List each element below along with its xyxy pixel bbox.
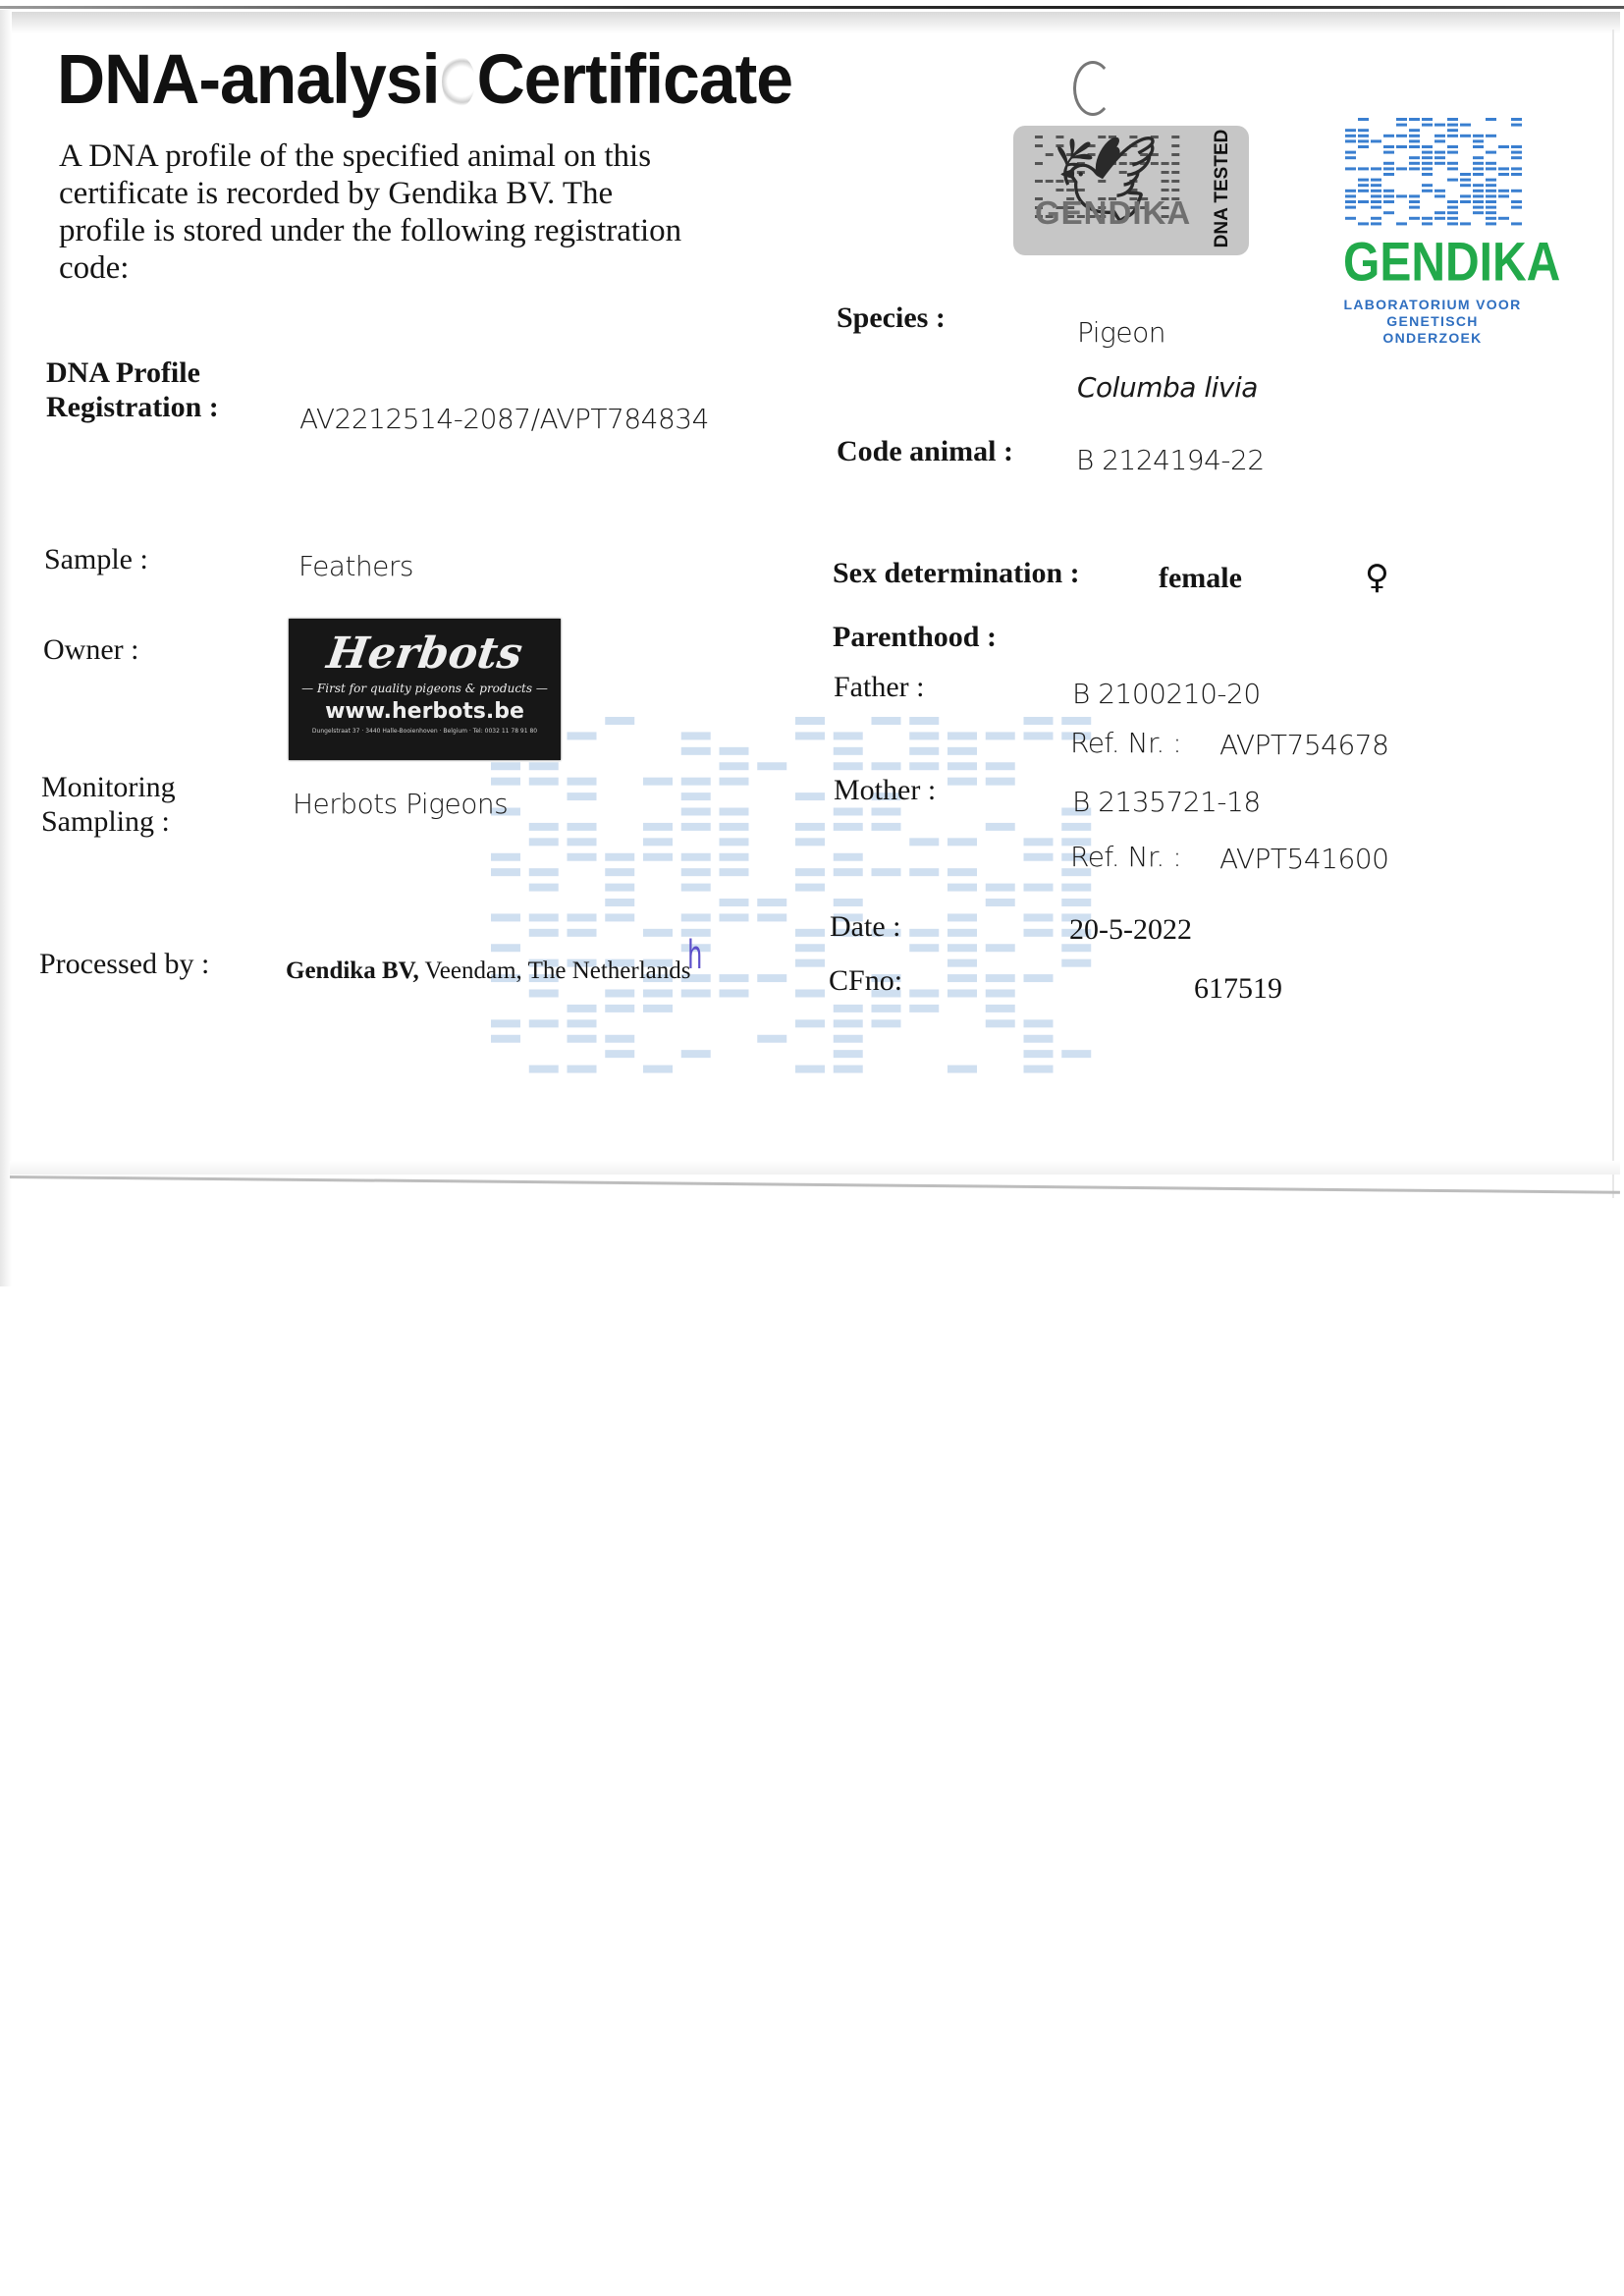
cfno-value: 617519 (1194, 972, 1282, 1006)
punch-hole (442, 56, 475, 107)
monitoring-label-1: Monitoring (41, 771, 176, 804)
dna-profile-label-1: DNA Profile (46, 356, 200, 390)
father-label: Father : (834, 671, 924, 704)
card-bottom-edge (10, 1175, 1620, 1194)
mother-ref-value: AVPT541600 (1219, 843, 1388, 875)
processed-label: Processed by : (39, 948, 209, 981)
sex-value: female (1159, 562, 1242, 595)
certificate-title: DNA-analysiCertificate (57, 39, 792, 120)
gendika-subtitle: LABORATORIUM VOORGENETISCH ONDERZOEK (1343, 297, 1522, 347)
code-animal-label: Code animal : (837, 435, 1013, 468)
monitoring-value: Herbots Pigeons (293, 788, 508, 820)
parenthood-label: Parenthood : (833, 621, 997, 654)
dna-profile-label-2: Registration : (46, 391, 219, 424)
owner-tagline: — First for quality pigeons & products — (289, 682, 561, 695)
mother-value: B 2135721-18 (1072, 786, 1261, 818)
mother-ref-label: Ref. Nr. : (1070, 841, 1181, 873)
sample-value: Feathers (298, 550, 413, 582)
sample-label: Sample : (44, 543, 148, 576)
card-bottom-shade (10, 1161, 1620, 1175)
gendika-logo-icon (1345, 118, 1524, 228)
intro-text: A DNA profile of the specified animal on… (59, 137, 697, 287)
dna-tested-sticker: 🕊︎ GENDIKA DNA TESTED (1013, 126, 1249, 255)
species-common: Pigeon (1077, 316, 1165, 349)
female-symbol-icon: ♀ (1365, 558, 1389, 597)
father-ref-value: AVPT754678 (1219, 729, 1388, 761)
owner-address: Dungelstraat 37 · 3440 Halle-Booienhoven… (289, 728, 561, 735)
owner-name: Herbots (286, 630, 565, 678)
monitoring-label-2: Sampling : (41, 805, 170, 839)
scan-left-edge (0, 10, 12, 1286)
scan-top-edge (0, 6, 1624, 9)
code-animal-value: B 2124194-22 (1076, 444, 1265, 476)
owner-url[interactable]: www.herbots.be (289, 699, 561, 724)
scan-top-shade (10, 12, 1620, 33)
mother-label: Mother : (834, 774, 936, 807)
father-ref-label: Ref. Nr. : (1070, 727, 1181, 759)
owner-logo-card: Herbots — First for quality pigeons & pr… (289, 619, 561, 760)
cfno-label: CFno: (829, 964, 902, 998)
sex-label: Sex determination : (833, 557, 1080, 590)
dna-watermark (491, 717, 1100, 1080)
owner-label: Owner : (43, 633, 138, 667)
father-value: B 2100210-20 (1072, 678, 1261, 710)
punch-ring (1073, 61, 1112, 116)
species-label: Species : (837, 301, 946, 335)
signature: h (687, 933, 702, 978)
species-latin: Columba livia (1077, 371, 1258, 404)
date-value: 20-5-2022 (1069, 913, 1192, 947)
gendika-name: GENDIKA (1343, 232, 1560, 294)
sticker-brand: GENDIKA (1035, 194, 1191, 232)
dna-profile-value: AV2212514-2087/AVPT784834 (299, 403, 709, 435)
processed-value: Gendika BV, Veendam, The Netherlands (286, 957, 691, 985)
date-label: Date : (830, 910, 900, 944)
sticker-dna-tested: DNA TESTED (1208, 134, 1237, 244)
scan-right-edge (1612, 29, 1614, 1198)
